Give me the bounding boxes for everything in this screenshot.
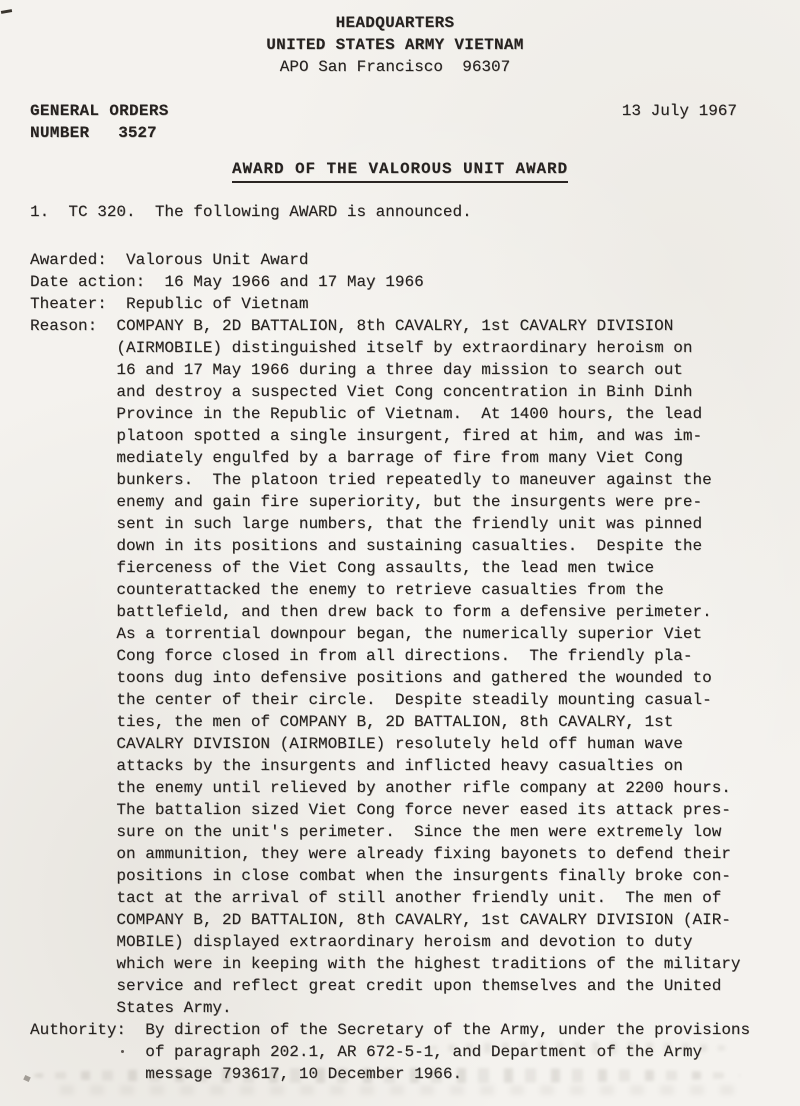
letterhead-line2: UNITED STATES ARMY VIETNAM [0,34,790,56]
field-date-action-label: Date action: [30,273,145,291]
field-theater-label: Theater: [30,295,107,313]
intro-line: 1. TC 320. The following AWARD is announ… [30,201,472,223]
general-orders-block: GENERAL ORDERS NUMBER3527 [30,100,169,144]
order-number-label: NUMBER [30,124,89,142]
field-awarded-label: Awarded: [30,251,107,269]
field-awarded-value: Valorous Unit Award [126,251,308,269]
title-row: AWARD OF THE VALOROUS UNIT AWARD [0,158,800,183]
order-number: 3527 [118,124,156,142]
field-date-action: Date action:16 May 1966 and 17 May 1966 [30,271,424,293]
field-theater: Theater:Republic of Vietnam [30,293,424,315]
order-date: 13 July 1967 [622,100,737,122]
letterhead-line1: HEADQUARTERS [0,12,790,34]
reason-section: Reason: COMPANY B, 2D BATTALION, 8th CAV… [30,315,741,1019]
document-title: AWARD OF THE VALOROUS UNIT AWARD [232,158,568,183]
letterhead: HEADQUARTERS UNITED STATES ARMY VIETNAM … [0,12,790,78]
letterhead-line3: APO San Francisco 96307 [0,56,790,78]
general-orders-label: GENERAL ORDERS [30,100,169,122]
field-date-action-value: 16 May 1966 and 17 May 1966 [164,273,423,291]
field-awarded: Awarded:Valorous Unit Award [30,249,424,271]
authority-section: Authority: By direction of the Secretary… [30,1019,750,1085]
document-page: HEADQUARTERS UNITED STATES ARMY VIETNAM … [0,0,800,1106]
page-bleed-through [60,1085,740,1095]
reason-label: Reason: [30,315,97,337]
reason-text: COMPANY B, 2D BATTALION, 8th CAVALRY, 1s… [116,315,740,1019]
authority-text: By direction of the Secretary of the Arm… [145,1019,750,1085]
field-theater-value: Republic of Vietnam [126,295,308,313]
award-fields: Awarded:Valorous Unit Award Date action:… [30,249,424,315]
authority-label: Authority: [30,1019,126,1041]
